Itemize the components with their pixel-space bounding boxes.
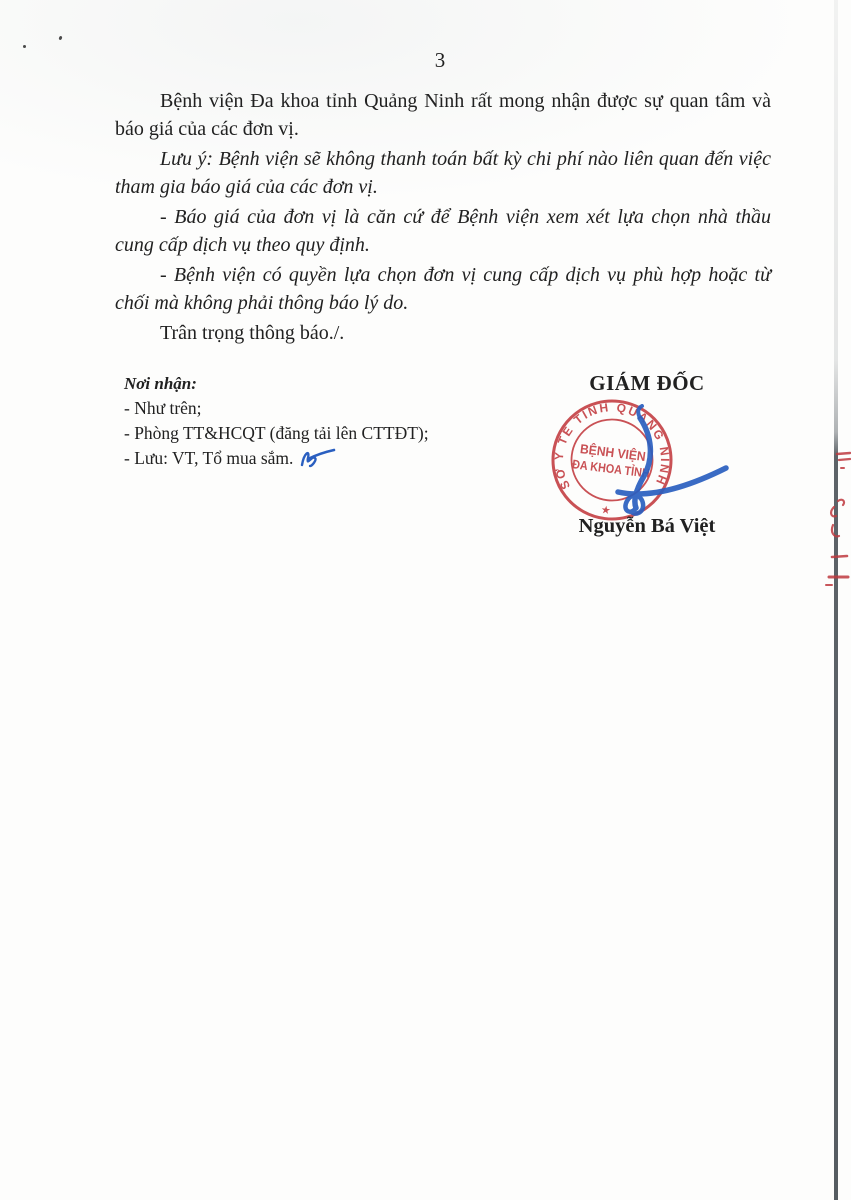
paragraph-rights: - Bệnh viện có quyền lựa chọn đơn vị cun… (115, 262, 771, 317)
recipient-item: - Như trên; (124, 396, 454, 421)
paragraph-closing-request: Bệnh viện Đa khoa tỉnh Quảng Ninh rất mo… (115, 88, 771, 143)
page-number: 3 (0, 48, 851, 73)
recipients-block: Nơi nhận: - Như trên; - Phòng TT&HCQT (đ… (124, 371, 454, 471)
paragraph-note: Lưu ý: Bệnh viện sẽ không thanh toán bất… (115, 146, 771, 201)
scan-speck (58, 36, 62, 41)
handwritten-initials (297, 446, 341, 470)
signer-name: Nguyễn Bá Việt (542, 515, 752, 538)
recipient-item-row: - Lưu: VT, Tổ mua sắm. (124, 446, 454, 471)
recipient-item: - Lưu: VT, Tổ mua sắm. (124, 446, 293, 471)
letter-body: Bệnh viện Đa khoa tỉnh Quảng Ninh rất mo… (115, 88, 771, 351)
recipient-item: - Phòng TT&HCQT (đăng tải lên CTTĐT); (124, 421, 454, 446)
paragraph-regards: Trân trọng thông báo./. (115, 320, 771, 348)
edge-red-stamp-fragments (824, 445, 851, 595)
recipients-heading: Nơi nhận: (124, 371, 454, 396)
scan-edge-shadow (834, 0, 838, 1200)
paragraph-basis: - Báo giá của đơn vị là căn cứ để Bệnh v… (115, 204, 771, 259)
signer-title: GIÁM ĐỐC (547, 371, 747, 396)
